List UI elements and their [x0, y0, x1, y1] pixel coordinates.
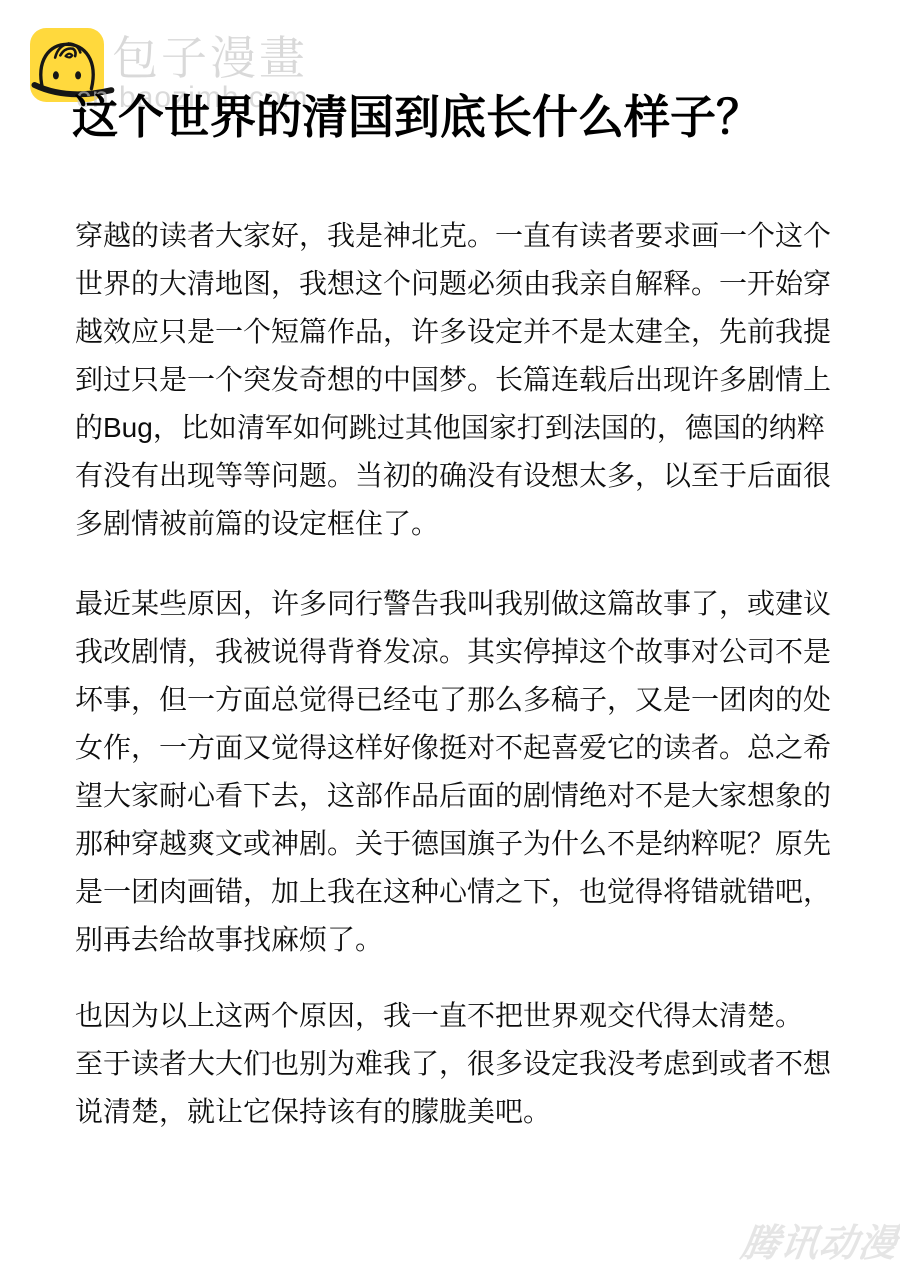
author-note-paragraph: 最近某些原因，许多同行警告我叫我别做这篇故事了，或建议 我改剧情，我被说得背脊发… — [75, 580, 831, 964]
author-note-paragraph: 也因为以上这两个原因，我一直不把世界观交代得太清楚。 至于读者大大们也别为难我了… — [75, 992, 831, 1136]
page-title: 这个世界的清国到底长什么样子？ — [72, 90, 762, 144]
comic-author-note-page: 包子漫畫 cn.baozimh.com 这个世界的清国到底长什么样子？ 穿越的读… — [0, 0, 900, 1273]
tencent-comics-watermark: 腾讯动漫 — [738, 1212, 900, 1267]
author-note-paragraph: 穿越的读者大家好，我是神北克。一直有读者要求画一个这个 世界的大清地图，我想这个… — [75, 212, 831, 548]
brand-watermark-text: 包子漫畫 — [112, 32, 308, 84]
